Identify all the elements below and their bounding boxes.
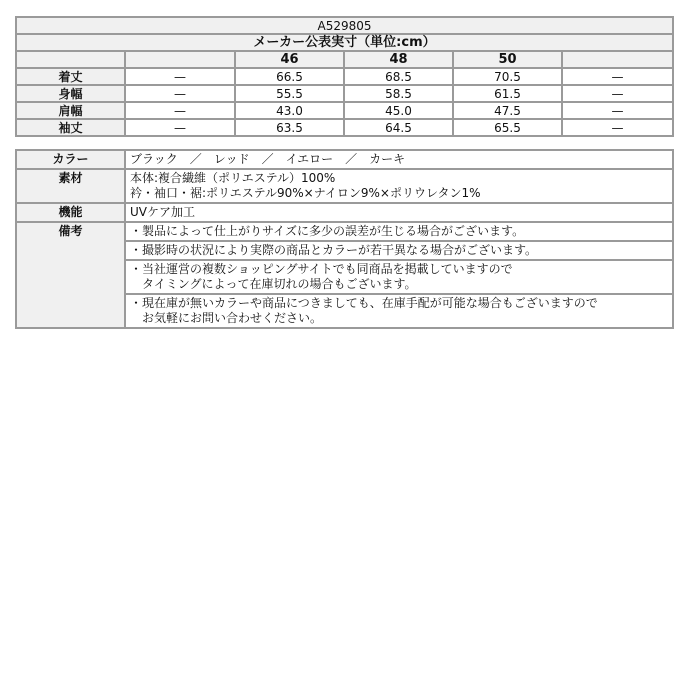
note-item: ・製品によって仕上がりサイズに多少の誤差が生じる場合がございます。 — [125, 222, 673, 241]
material-label: 素材 — [16, 169, 125, 203]
cell: 58.5 — [344, 85, 453, 102]
note-line: タイミングによって在庫切れの場合もございます。 — [130, 277, 672, 292]
material-line: 衿・袖口・裾:ポリエステル90%×ナイロン9%×ポリウレタン1% — [130, 186, 672, 201]
size-header-corner — [16, 51, 125, 68]
row-label: 身幅 — [16, 85, 125, 102]
table-row: 袖丈 — 63.5 64.5 65.5 — — [16, 119, 673, 136]
row-label: 袖丈 — [16, 119, 125, 136]
size-header: 46 — [235, 51, 344, 68]
material-line: 本体:複合繊維（ポリエステル）100% — [130, 171, 672, 186]
notes-label: 備考 — [16, 222, 125, 328]
row-label: 着丈 — [16, 68, 125, 85]
color-value: ブラック ／ レッド ／ イエロー ／ カーキ — [125, 150, 673, 169]
cell: 68.5 — [344, 68, 453, 85]
note-line: お気軽にお問い合わせください。 — [130, 311, 672, 326]
color-label: カラー — [16, 150, 125, 169]
size-table: A529805 メーカー公表実寸（単位:cm） 46 48 50 着丈 — 66… — [15, 16, 674, 137]
size-header: 50 — [453, 51, 562, 68]
cell: 65.5 — [453, 119, 562, 136]
note-line: ・製品によって仕上がりサイズに多少の誤差が生じる場合がございます。 — [130, 224, 672, 239]
note-item: ・当社運営の複数ショッピングサイトでも同商品を掲載していますので タイミングによ… — [125, 260, 673, 294]
note-line: ・現在庫が無いカラーや商品につきましても、在庫手配が可能な場合もございますので — [130, 296, 672, 311]
notes-row: 備考 ・製品によって仕上がりサイズに多少の誤差が生じる場合がございます。 — [16, 222, 673, 241]
cell: 61.5 — [453, 85, 562, 102]
cell: 43.0 — [235, 102, 344, 119]
size-header-row: 46 48 50 — [16, 51, 673, 68]
cell: — — [562, 119, 673, 136]
cell: — — [125, 85, 235, 102]
function-value: UVケア加工 — [125, 203, 673, 222]
table-row: 着丈 — 66.5 68.5 70.5 — — [16, 68, 673, 85]
cell: 55.5 — [235, 85, 344, 102]
cell: 66.5 — [235, 68, 344, 85]
cell: — — [125, 102, 235, 119]
product-code: A529805 — [16, 17, 673, 34]
material-value: 本体:複合繊維（ポリエステル）100% 衿・袖口・裾:ポリエステル90%×ナイロ… — [125, 169, 673, 203]
product-info-table: カラー ブラック ／ レッド ／ イエロー ／ カーキ 素材 本体:複合繊維（ポ… — [15, 149, 674, 329]
size-header — [125, 51, 235, 68]
note-line: ・撮影時の状況により実際の商品とカラーが若干異なる場合がございます。 — [130, 243, 672, 258]
cell: — — [125, 119, 235, 136]
cell: — — [562, 102, 673, 119]
row-label: 肩幅 — [16, 102, 125, 119]
cell: 47.5 — [453, 102, 562, 119]
material-row: 素材 本体:複合繊維（ポリエステル）100% 衿・袖口・裾:ポリエステル90%×… — [16, 169, 673, 203]
function-row: 機能 UVケア加工 — [16, 203, 673, 222]
color-row: カラー ブラック ／ レッド ／ イエロー ／ カーキ — [16, 150, 673, 169]
note-line: ・当社運営の複数ショッピングサイトでも同商品を掲載していますので — [130, 262, 672, 277]
note-item: ・現在庫が無いカラーや商品につきましても、在庫手配が可能な場合もございますので … — [125, 294, 673, 328]
cell: 63.5 — [235, 119, 344, 136]
note-item: ・撮影時の状況により実際の商品とカラーが若干異なる場合がございます。 — [125, 241, 673, 260]
table-row: 肩幅 — 43.0 45.0 47.5 — — [16, 102, 673, 119]
cell: — — [562, 85, 673, 102]
cell: — — [562, 68, 673, 85]
size-header — [562, 51, 673, 68]
cell: — — [125, 68, 235, 85]
cell: 70.5 — [453, 68, 562, 85]
cell: 45.0 — [344, 102, 453, 119]
size-header: 48 — [344, 51, 453, 68]
cell: 64.5 — [344, 119, 453, 136]
function-label: 機能 — [16, 203, 125, 222]
size-table-subtitle: メーカー公表実寸（単位:cm） — [16, 34, 673, 51]
table-row: 身幅 — 55.5 58.5 61.5 — — [16, 85, 673, 102]
